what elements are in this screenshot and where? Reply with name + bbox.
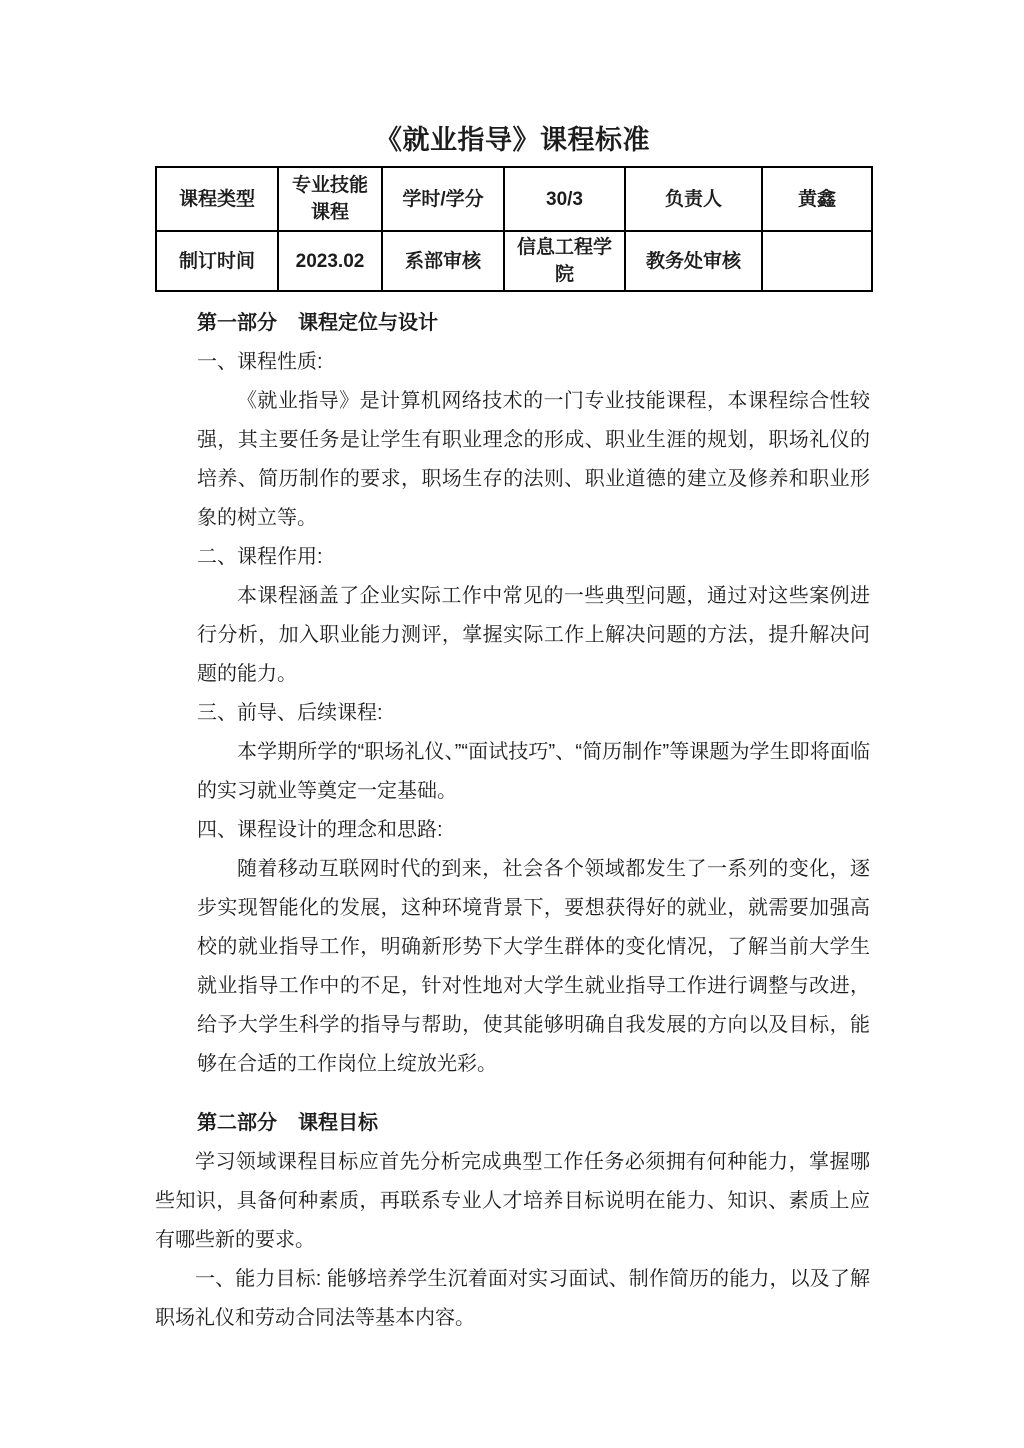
design-philosophy-item: 四、课程设计的理念和思路: 随着移动互联网时代的到来，社会各个领域都发生了一系列…: [155, 811, 870, 1084]
academic-office-review-value: [762, 231, 872, 291]
academic-office-review-label: 教务处审核: [625, 231, 762, 291]
prerequisite-courses-label: 三、前导、后续课程:: [197, 694, 870, 733]
course-nature-body: 《就业指导》是计算机网络技术的一门专业技能课程，本课程综合性较强，其主要任务是让…: [197, 382, 870, 538]
formulation-date-value: 2023.02: [278, 231, 382, 291]
part2-heading-title: 课程目标: [298, 1112, 378, 1134]
course-nature-item: 一、课程性质: 《就业指导》是计算机网络技术的一门专业技能课程，本课程综合性较强…: [155, 343, 870, 538]
course-nature-label: 一、课程性质:: [197, 343, 870, 382]
design-philosophy-label: 四、课程设计的理念和思路:: [197, 811, 870, 850]
part1-heading-title: 课程定位与设计: [298, 312, 438, 334]
course-type-value: 专业技能课程: [278, 167, 382, 231]
part2-heading: 第二部分课程目标: [197, 1104, 870, 1143]
formulation-date-label: 制订时间: [156, 231, 278, 291]
section-part1: 第一部分课程定位与设计 一、课程性质: 《就业指导》是计算机网络技术的一门专业技…: [155, 304, 870, 1084]
document-page: 《就业指导》课程标准 课程类型 专业技能课程 学时/学分 30/3 负责人 黄鑫…: [0, 0, 1024, 1448]
design-philosophy-body: 随着移动互联网时代的到来，社会各个领域都发生了一系列的变化，逐步实现智能化的发展…: [197, 850, 870, 1084]
course-function-item: 二、课程作用: 本课程涵盖了企业实际工作中常见的一些典型问题，通过对这些案例进行…: [155, 538, 870, 694]
hours-credits-value: 30/3: [504, 167, 625, 231]
ability-goal-paragraph: 一、能力目标: 能够培养学生沉着面对实习面试、制作简历的能力，以及了解职场礼仪和…: [155, 1260, 870, 1338]
leader-value: 黄鑫: [762, 167, 872, 231]
table-row: 制订时间 2023.02 系部审核 信息工程学院 教务处审核: [156, 231, 872, 291]
course-function-label: 二、课程作用:: [197, 538, 870, 577]
part1-heading: 第一部分课程定位与设计: [197, 304, 870, 343]
hours-credits-label: 学时/学分: [382, 167, 504, 231]
page-title: 《就业指导》课程标准: [155, 120, 870, 160]
course-type-label: 课程类型: [156, 167, 278, 231]
leader-label: 负责人: [625, 167, 762, 231]
course-function-body: 本课程涵盖了企业实际工作中常见的一些典型问题，通过对这些案例进行分析，加入职业能…: [197, 577, 870, 694]
prerequisite-courses-body: 本学期所学的“职场礼仪、”“面试技巧”、“简历制作”等课题为学生即将面临的实习就…: [197, 733, 870, 811]
section-part2: 第二部分课程目标 学习领域课程目标应首先分析完成典型工作任务必须拥有何种能力，掌…: [155, 1104, 870, 1338]
table-row: 课程类型 专业技能课程 学时/学分 30/3 负责人 黄鑫: [156, 167, 872, 231]
dept-review-label: 系部审核: [382, 231, 504, 291]
dept-review-value: 信息工程学院: [504, 231, 625, 291]
part2-intro-paragraph: 学习领域课程目标应首先分析完成典型工作任务必须拥有何种能力，掌握哪些知识，具备何…: [155, 1143, 870, 1260]
part1-heading-number: 第一部分: [197, 312, 277, 334]
prerequisite-courses-item: 三、前导、后续课程: 本学期所学的“职场礼仪、”“面试技巧”、“简历制作”等课题…: [155, 694, 870, 811]
course-info-table: 课程类型 专业技能课程 学时/学分 30/3 负责人 黄鑫 制订时间 2023.…: [155, 166, 873, 292]
part2-heading-number: 第二部分: [197, 1112, 277, 1134]
